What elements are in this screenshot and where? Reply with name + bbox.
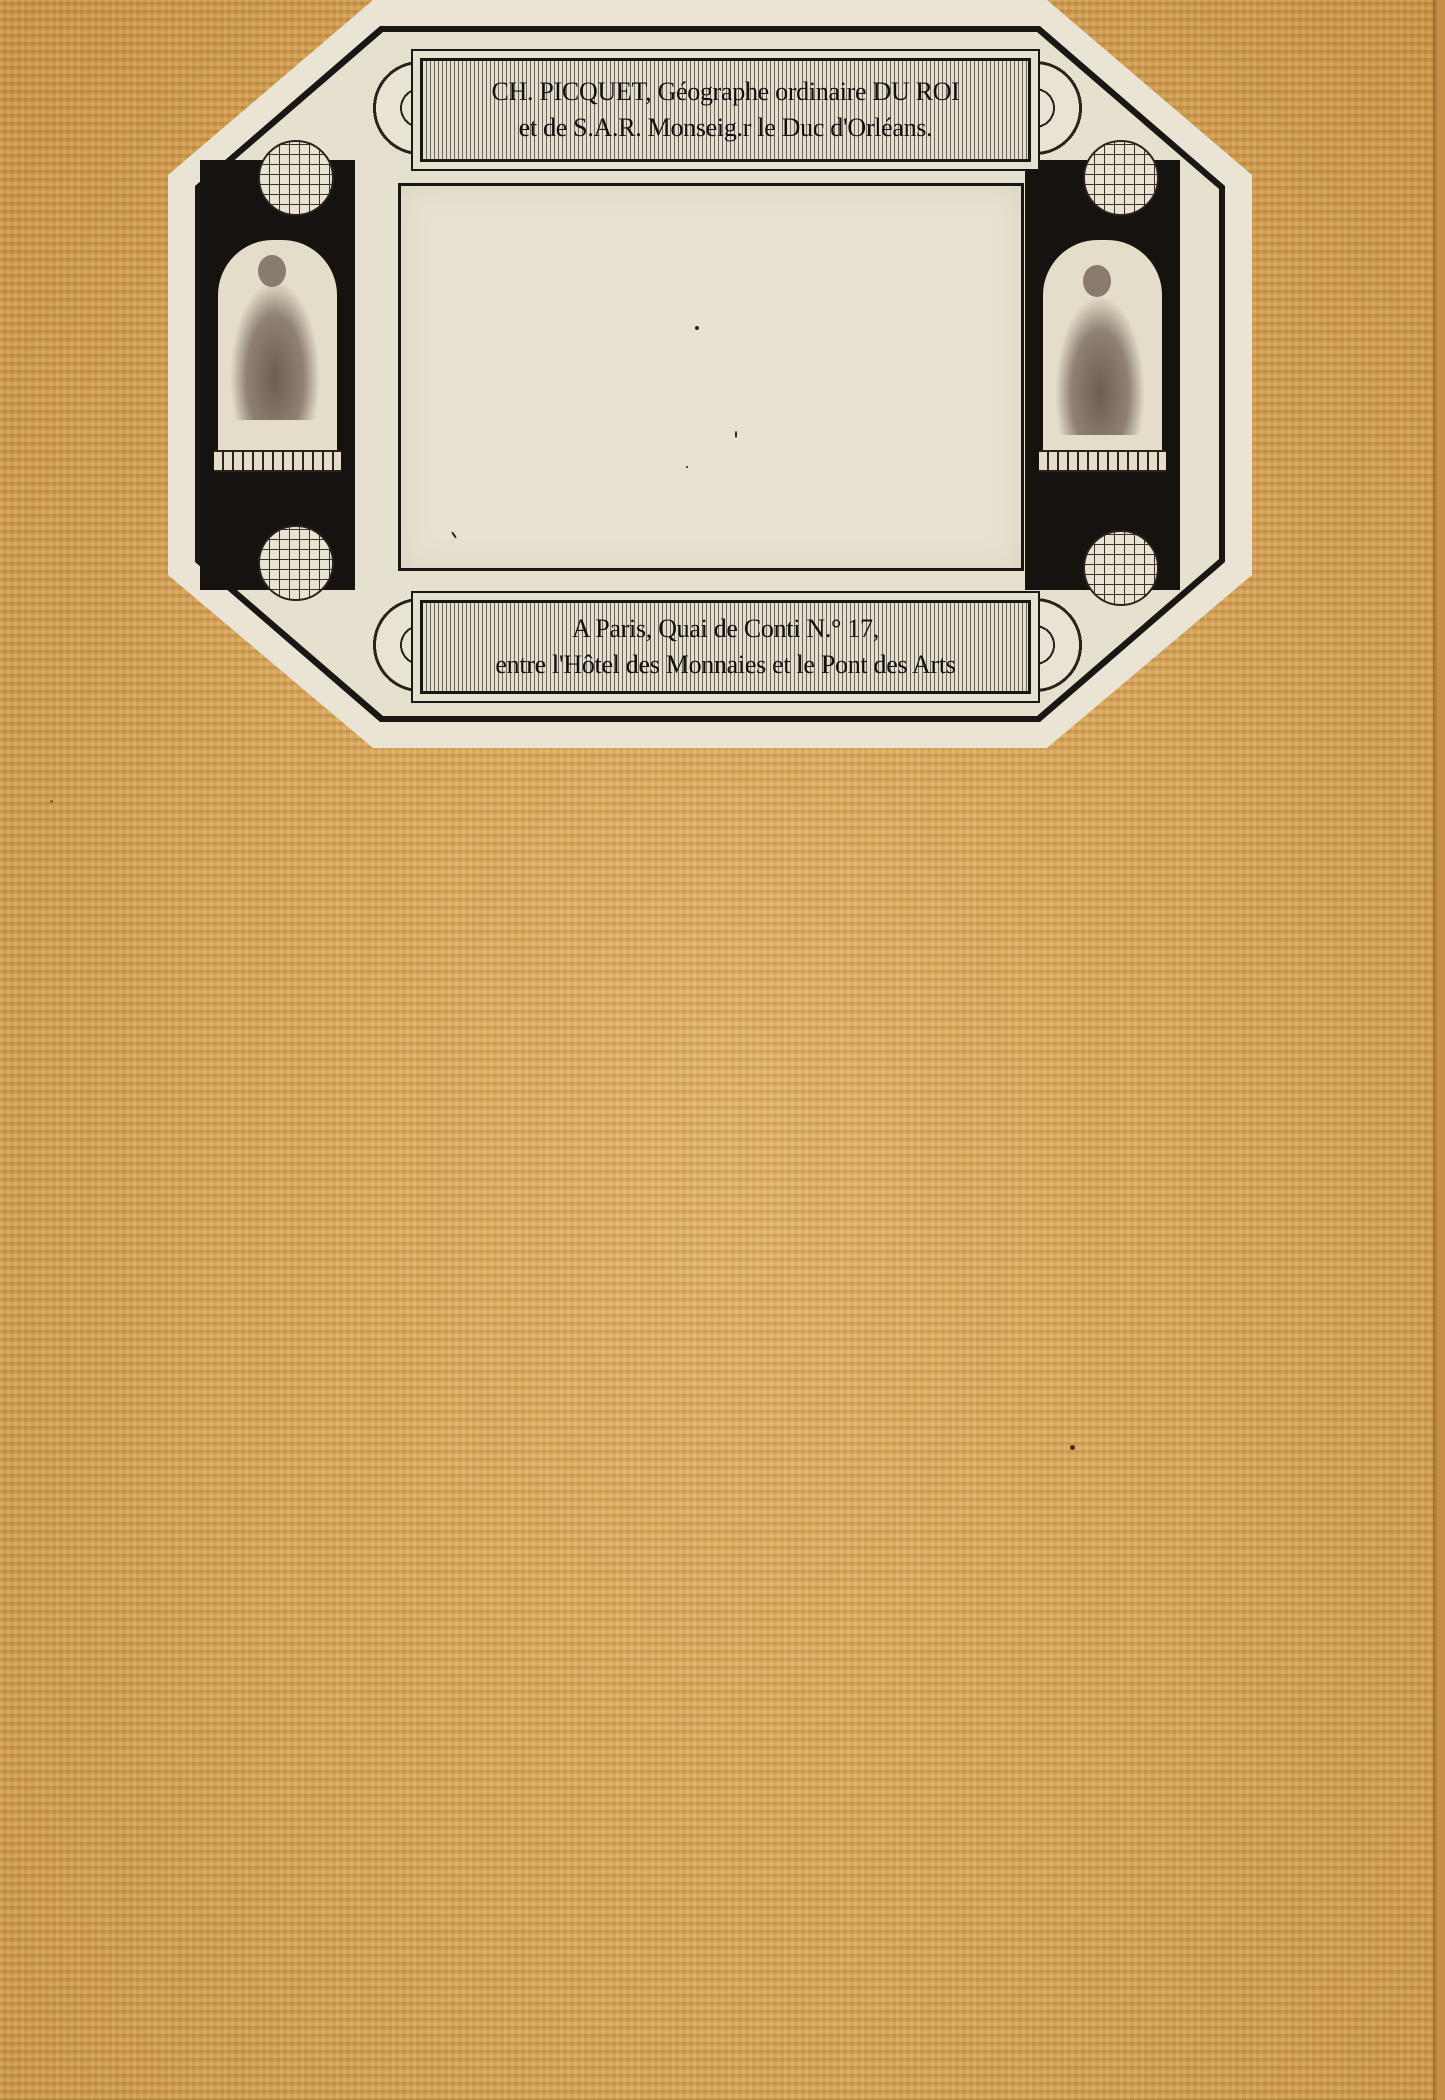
globe-icon [258, 140, 334, 216]
rosette-icon [1035, 595, 1095, 695]
address-line-2: entre l'Hôtel des Monnaies et le Pont de… [495, 647, 955, 683]
printed-paper-label: CH. PICQUET, Géographe ordinaire DU ROI … [168, 0, 1252, 748]
publisher-patron-line: et de S.A.R. Monseig.r le Duc d'Orléans. [519, 110, 933, 146]
left-ornament-panel [200, 160, 355, 590]
paper-speck [695, 326, 699, 330]
pedestal [1039, 450, 1166, 472]
paper-speck [686, 466, 688, 468]
paper-speck [735, 431, 737, 438]
publisher-name-line: CH. PICQUET, Géographe ordinaire DU ROI [492, 74, 960, 110]
address-cartouche: A Paris, Quai de Conti N.° 17, entre l'H… [420, 600, 1031, 694]
cloth-stain [50, 800, 53, 803]
publisher-cartouche: CH. PICQUET, Géographe ordinaire DU ROI … [420, 58, 1031, 162]
seated-muse-with-scroll-icon [230, 280, 320, 420]
muse-head [1083, 265, 1111, 297]
address-line-1: A Paris, Quai de Conti N.° 17, [572, 611, 879, 647]
rosette-icon [360, 58, 420, 158]
globe-icon [258, 525, 334, 601]
right-ornament-panel [1025, 160, 1180, 590]
paper-speck [451, 531, 457, 539]
cloth-stain [1070, 1445, 1075, 1450]
blank-title-panel [398, 183, 1024, 571]
cover-edge-strip [1437, 0, 1445, 2100]
rosette-icon [1035, 58, 1095, 158]
pedestal [214, 450, 341, 472]
rosette-icon [360, 595, 420, 695]
seated-muse-with-vessel-icon [1055, 295, 1145, 435]
